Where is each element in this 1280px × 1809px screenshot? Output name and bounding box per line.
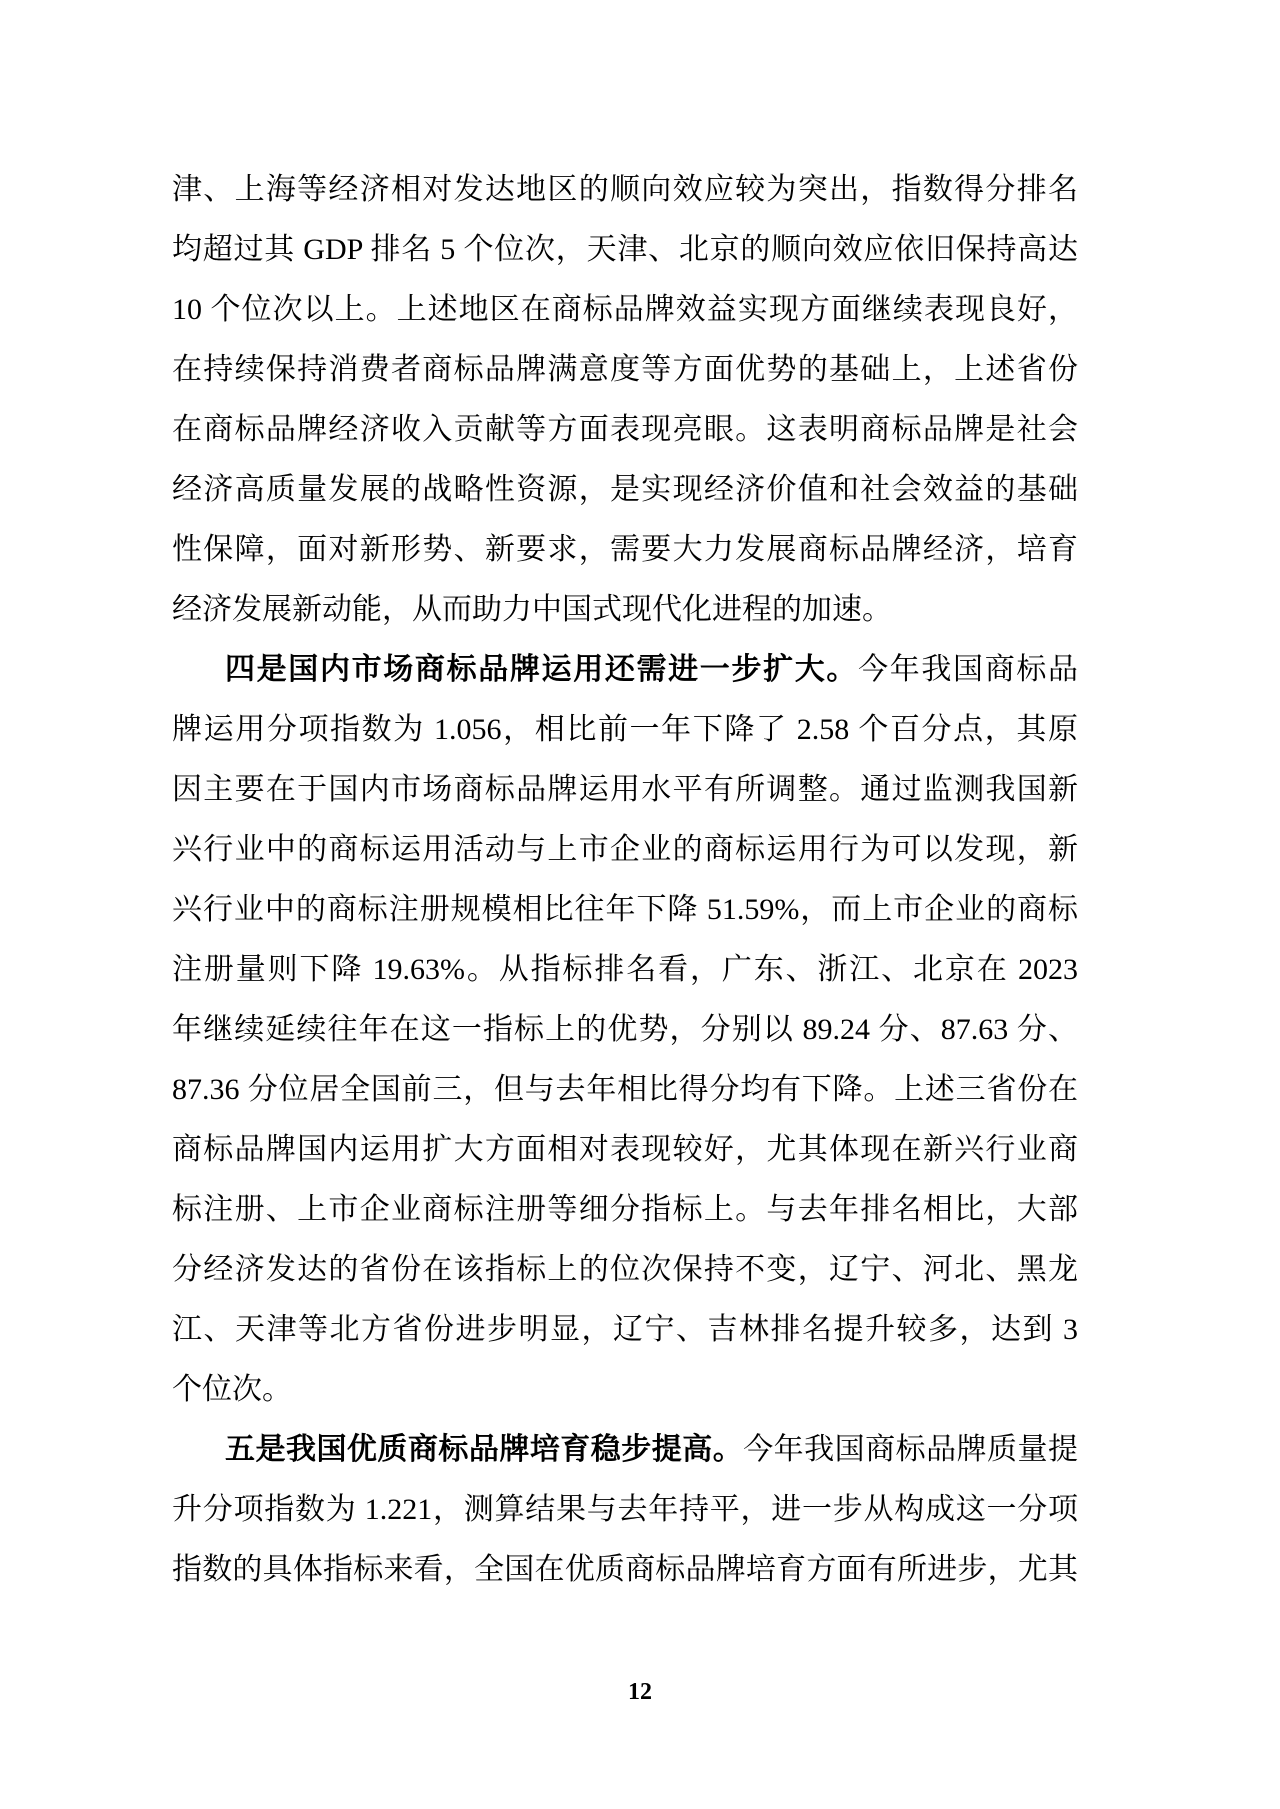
text-line: 年继续延续往年在这一指标上的优势，分别以 89.24 分、87.63 分、: [172, 1000, 1078, 1060]
text-run: 江、天津等北方省份进步明显，辽宁、吉林排名提升较多，达到 3: [172, 1313, 1078, 1346]
text-line: 性保障，面对新形势、新要求，需要大力发展商标品牌经济，培育: [172, 520, 1078, 580]
text-run: 经济发展新动能，从而助力中国式现代化进程的加速。: [172, 593, 892, 626]
text-run: 10 个位次以上。上述地区在商标品牌效益实现方面继续表现良好，: [172, 293, 1078, 326]
text-line: 商标品牌国内运用扩大方面相对表现较好，尤其体现在新兴行业商: [172, 1120, 1078, 1180]
text-run: 商标品牌国内运用扩大方面相对表现较好，尤其体现在新兴行业商: [172, 1133, 1078, 1166]
text-line: 标注册、上市企业商标注册等细分指标上。与去年排名相比，大部: [172, 1180, 1078, 1240]
text-line: 五是我国优质商标品牌培育稳步提高。今年我国商标品牌质量提: [172, 1420, 1078, 1480]
text-run: 今年我国商标品: [858, 653, 1078, 686]
text-line: 经济高质量发展的战略性资源，是实现经济价值和社会效益的基础: [172, 460, 1078, 520]
text-run: 牌运用分项指数为 1.056，相比前一年下降了 2.58 个百分点，其原: [172, 713, 1078, 746]
text-run: 标注册、上市企业商标注册等细分指标上。与去年排名相比，大部: [172, 1193, 1078, 1226]
text-line: 注册量则下降 19.63%。从指标排名看，广东、浙江、北京在 2023: [172, 940, 1078, 1000]
text-run: 指数的具体指标来看，全国在优质商标品牌培育方面有所进步，尤其: [172, 1553, 1078, 1586]
text-line: 江、天津等北方省份进步明显，辽宁、吉林排名提升较多，达到 3: [172, 1300, 1078, 1360]
text-line: 四是国内市场商标品牌运用还需进一步扩大。今年我国商标品: [172, 640, 1078, 700]
text-line: 在持续保持消费者商标品牌满意度等方面优势的基础上，上述省份: [172, 340, 1078, 400]
text-line: 升分项指数为 1.221，测算结果与去年持平，进一步从构成这一分项: [172, 1480, 1078, 1540]
paragraph-lead-bold: 五是我国优质商标品牌培育稳步提高。: [225, 1433, 743, 1466]
body-text: 津、上海等经济相对发达地区的顺向效应较为突出，指数得分排名均超过其 GDP 排名…: [172, 160, 1078, 1600]
text-line: 个位次。: [172, 1360, 1078, 1420]
text-run: 年继续延续往年在这一指标上的优势，分别以 89.24 分、87.63 分、: [172, 1013, 1078, 1046]
text-run: 津、上海等经济相对发达地区的顺向效应较为突出，指数得分排名: [172, 173, 1078, 206]
page-number: 12: [0, 1677, 1280, 1707]
text-run: 性保障，面对新形势、新要求，需要大力发展商标品牌经济，培育: [172, 533, 1078, 566]
text-run: 个位次。: [172, 1373, 292, 1406]
text-line: 指数的具体指标来看，全国在优质商标品牌培育方面有所进步，尤其: [172, 1540, 1078, 1600]
text-run: 分经济发达的省份在该指标上的位次保持不变，辽宁、河北、黑龙: [172, 1253, 1078, 1286]
text-line: 津、上海等经济相对发达地区的顺向效应较为突出，指数得分排名: [172, 160, 1078, 220]
text-run: 经济高质量发展的战略性资源，是实现经济价值和社会效益的基础: [172, 473, 1078, 506]
text-run: 均超过其 GDP 排名 5 个位次，天津、北京的顺向效应依旧保持高达: [172, 233, 1078, 266]
text-run: 升分项指数为 1.221，测算结果与去年持平，进一步从构成这一分项: [172, 1493, 1078, 1526]
text-run: 兴行业中的商标注册规模相比往年下降 51.59%，而上市企业的商标: [172, 893, 1078, 926]
text-line: 牌运用分项指数为 1.056，相比前一年下降了 2.58 个百分点，其原: [172, 700, 1078, 760]
text-run: 在商标品牌经济收入贡献等方面表现亮眼。这表明商标品牌是社会: [172, 413, 1078, 446]
text-line: 均超过其 GDP 排名 5 个位次，天津、北京的顺向效应依旧保持高达: [172, 220, 1078, 280]
text-line: 经济发展新动能，从而助力中国式现代化进程的加速。: [172, 580, 1078, 640]
text-line: 因主要在于国内市场商标品牌运用水平有所调整。通过监测我国新: [172, 760, 1078, 820]
document-page: 津、上海等经济相对发达地区的顺向效应较为突出，指数得分排名均超过其 GDP 排名…: [0, 0, 1280, 1809]
text-line: 87.36 分位居全国前三，但与去年相比得分均有下降。上述三省份在: [172, 1060, 1078, 1120]
text-run: 兴行业中的商标运用活动与上市企业的商标运用行为可以发现，新: [172, 833, 1078, 866]
paragraph-lead-bold: 四是国内市场商标品牌运用还需进一步扩大。: [225, 653, 858, 686]
text-run: 87.36 分位居全国前三，但与去年相比得分均有下降。上述三省份在: [172, 1073, 1078, 1106]
text-line: 兴行业中的商标注册规模相比往年下降 51.59%，而上市企业的商标: [172, 880, 1078, 940]
text-run: 今年我国商标品牌质量提: [743, 1433, 1078, 1466]
text-run: 注册量则下降 19.63%。从指标排名看，广东、浙江、北京在 2023: [172, 953, 1078, 986]
text-run: 在持续保持消费者商标品牌满意度等方面优势的基础上，上述省份: [172, 353, 1078, 386]
text-line: 10 个位次以上。上述地区在商标品牌效益实现方面继续表现良好，: [172, 280, 1078, 340]
text-run: 因主要在于国内市场商标品牌运用水平有所调整。通过监测我国新: [172, 773, 1078, 806]
text-line: 兴行业中的商标运用活动与上市企业的商标运用行为可以发现，新: [172, 820, 1078, 880]
text-line: 分经济发达的省份在该指标上的位次保持不变，辽宁、河北、黑龙: [172, 1240, 1078, 1300]
text-line: 在商标品牌经济收入贡献等方面表现亮眼。这表明商标品牌是社会: [172, 400, 1078, 460]
